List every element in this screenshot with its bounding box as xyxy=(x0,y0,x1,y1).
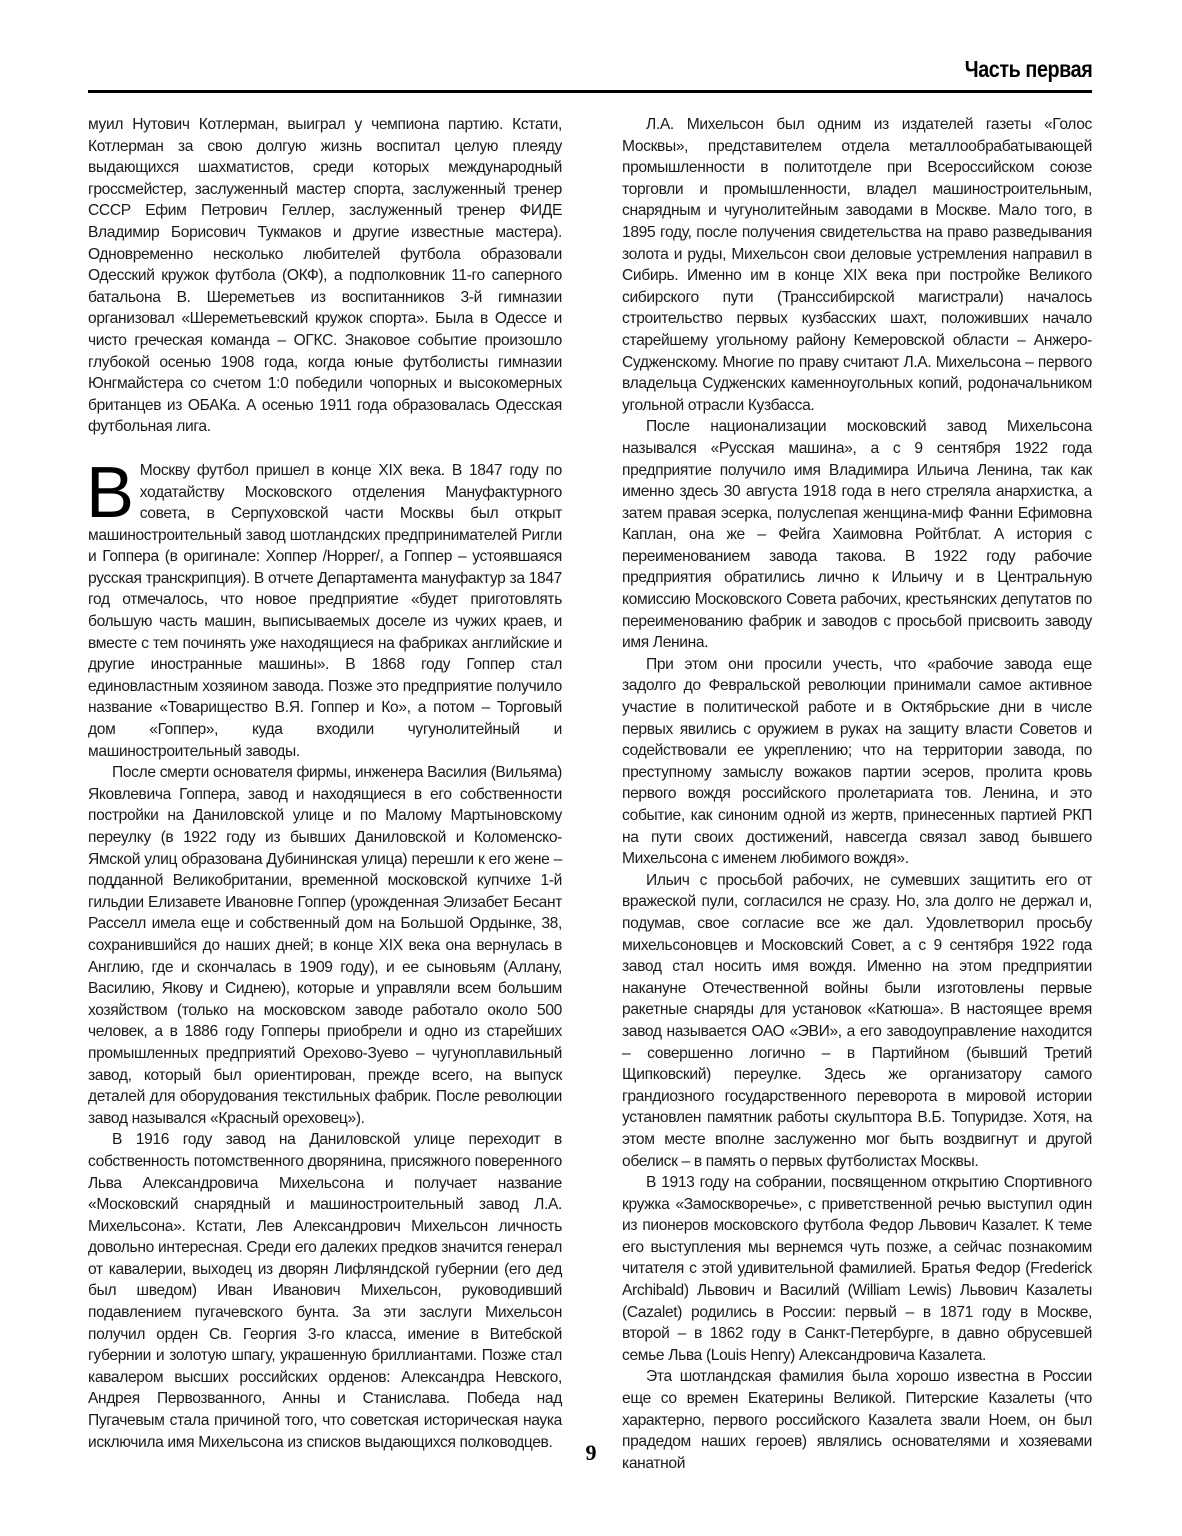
drop-cap: В xyxy=(86,464,134,522)
right-column: Л.А. Михельсон был одним из издателей га… xyxy=(622,114,1092,1474)
paragraph: Ильич с просьбой рабочих, не сумевших за… xyxy=(622,870,1092,1172)
paragraph: В 1913 году на собрании, посвященном отк… xyxy=(622,1172,1092,1366)
left-column: муил Нутович Котлерман, выиграл у чемпио… xyxy=(88,114,562,1453)
running-header: Часть первая xyxy=(88,52,1092,93)
paragraph: При этом они просили учесть, что «рабочи… xyxy=(622,654,1092,870)
paragraph: муил Нутович Котлерман, выиграл у чемпио… xyxy=(88,114,562,438)
paragraph-body: Москву футбол пришел в конце XIX века. В… xyxy=(88,462,562,760)
paragraph-with-drop-cap: ВМоскву футбол пришел в конце XIX века. … xyxy=(88,460,562,762)
page-number: 9 xyxy=(0,1440,1182,1466)
paragraph: После национализации московский завод Ми… xyxy=(622,416,1092,654)
paragraph: В 1916 году завод на Даниловской улице п… xyxy=(88,1129,562,1453)
paragraph: Л.А. Михельсон был одним из издателей га… xyxy=(622,114,1092,416)
section-title: Часть первая xyxy=(964,56,1092,83)
paragraph: После смерти основателя фирмы, инженера … xyxy=(88,762,562,1129)
